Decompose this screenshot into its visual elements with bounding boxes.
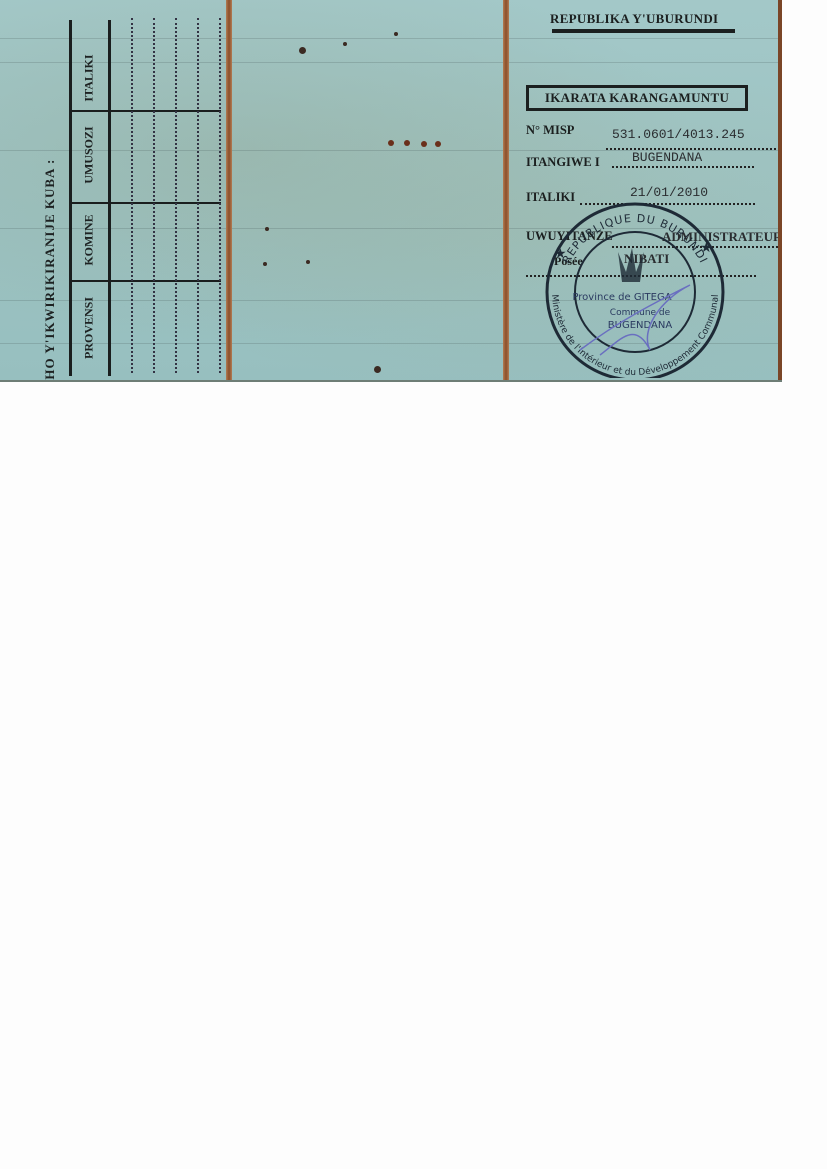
column-komine: KOMINE bbox=[82, 214, 97, 265]
field-value-misp: 531.0601/4013.245 bbox=[612, 127, 745, 142]
stamp-outer-bottom: Ministère de l'Intérieur et du Développe… bbox=[549, 294, 721, 378]
table-heading: AHO Y'IKWIRIKIRANIJE KUBA : bbox=[42, 10, 58, 382]
dotted-line bbox=[612, 166, 754, 168]
table-border bbox=[69, 20, 72, 376]
emblem-icon bbox=[618, 248, 644, 282]
official-stamp: REPUBLIQUE DU BURUNDI Ministère de l'Int… bbox=[540, 200, 730, 378]
stain bbox=[263, 262, 267, 266]
dotted-line bbox=[219, 18, 221, 373]
card-title: IKARATA KARANGAMUNTU bbox=[526, 85, 748, 111]
left-panel-table: AHO Y'IKWIRIKIRANIJE KUBA : PROVENSI KOM… bbox=[0, 0, 226, 380]
stain bbox=[306, 260, 310, 264]
star-icon: ★ bbox=[700, 241, 713, 256]
stain bbox=[374, 366, 381, 373]
field-value-itangiwe: BUGENDANA bbox=[632, 150, 702, 165]
column-provensi: PROVENSI bbox=[82, 297, 97, 359]
field-label-itangiwe: ITANGIWE I bbox=[526, 155, 600, 170]
stain bbox=[394, 32, 398, 36]
dotted-line bbox=[197, 18, 199, 373]
fold-crease-right bbox=[503, 0, 509, 380]
card-edge bbox=[778, 0, 782, 380]
field-label-misp: N° MISP bbox=[526, 123, 574, 138]
svg-text:Ministère de l'Intérieur et du: Ministère de l'Intérieur et du Développe… bbox=[549, 294, 721, 378]
stamp-line-commune: Commune de bbox=[610, 308, 671, 318]
dotted-line bbox=[175, 18, 177, 373]
fold-crease-left bbox=[226, 0, 232, 380]
id-card: AHO Y'IKWIRIKIRANIJE KUBA : PROVENSI KOM… bbox=[0, 0, 782, 382]
field-value-italiki: 21/01/2010 bbox=[630, 185, 708, 200]
stain bbox=[343, 42, 347, 46]
column-italiki: ITALIKI bbox=[82, 54, 97, 101]
table-border bbox=[108, 20, 111, 376]
stain bbox=[265, 227, 269, 231]
dotted-line bbox=[131, 18, 133, 373]
dotted-line bbox=[153, 18, 155, 373]
stamp-line-bugendana: BUGENDANA bbox=[608, 320, 673, 331]
stain bbox=[299, 47, 306, 54]
title-underline bbox=[552, 29, 735, 33]
country-title: REPUBLIKA Y'UBURUNDI bbox=[550, 11, 718, 27]
star-icon: ★ bbox=[554, 247, 567, 262]
column-umusozi: UMUSOZI bbox=[82, 126, 97, 183]
